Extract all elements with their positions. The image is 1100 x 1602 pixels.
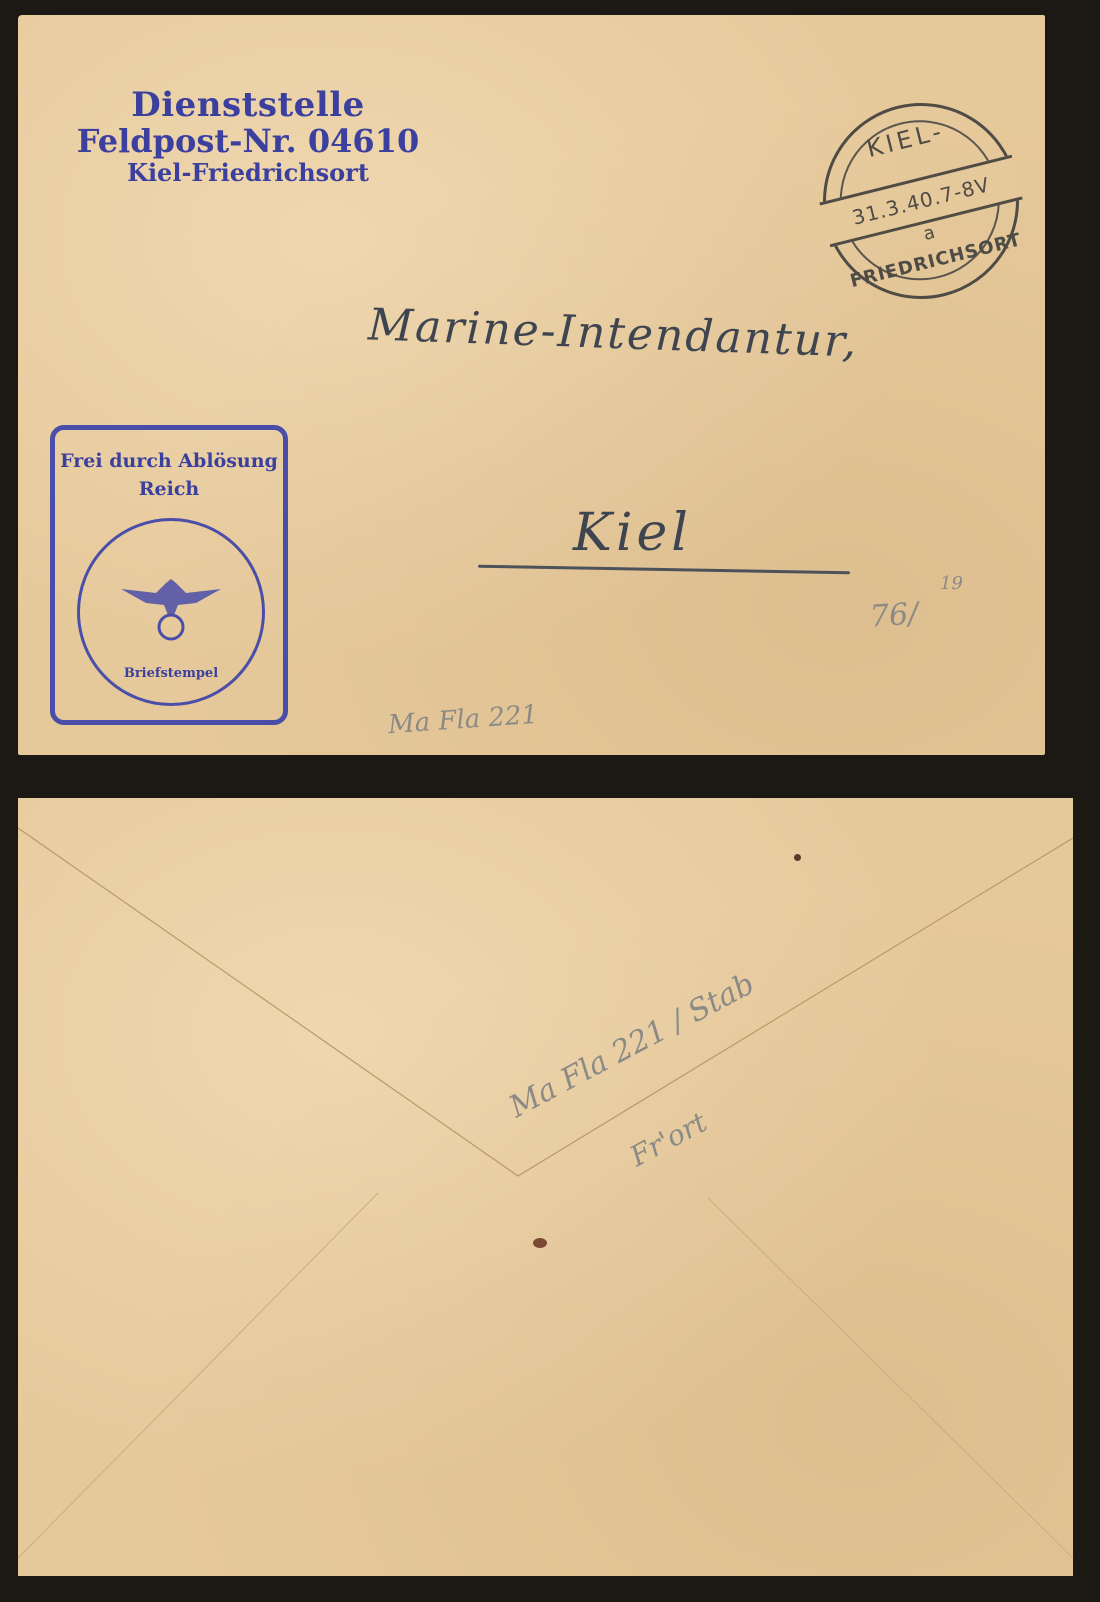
pencil-superscript: 19 [940,573,963,594]
seal-text: Briefstempel [80,666,262,681]
address-underline [478,565,850,574]
stain-spot [533,1238,547,1248]
franking-stamp: Frei durch Ablösung Reich Briefstempel [50,425,288,725]
envelope-front: Dienststelle Feldpost-Nr. 04610 Kiel-Fri… [18,15,1045,755]
address-line2: Kiel [573,503,692,563]
sender-stamp-line2: Feldpost-Nr. 04610 [58,124,438,159]
pencil-number: 76/ [869,596,920,634]
eagle-emblem-icon [116,571,226,641]
franking-stamp-line2: Reich [55,478,283,500]
postmark: KIEL- 31.3.40.7-8V a FRIEDRICHSORT [802,82,1040,320]
stain-spot [794,854,801,861]
sender-stamp-line1: Dienststelle [58,87,438,124]
envelope-flap-lines [18,798,1073,1576]
envelope-back [18,798,1073,1576]
seal-circle: Briefstempel [77,518,265,706]
sender-stamp-line3: Kiel-Friedrichsort [58,160,438,186]
franking-stamp-line1: Frei durch Ablösung [55,450,283,472]
pencil-unit-note: Ma Fla 221 [387,700,539,740]
sender-stamp: Dienststelle Feldpost-Nr. 04610 Kiel-Fri… [58,87,438,186]
address-line1: Marine-Intendantur, [367,299,859,367]
